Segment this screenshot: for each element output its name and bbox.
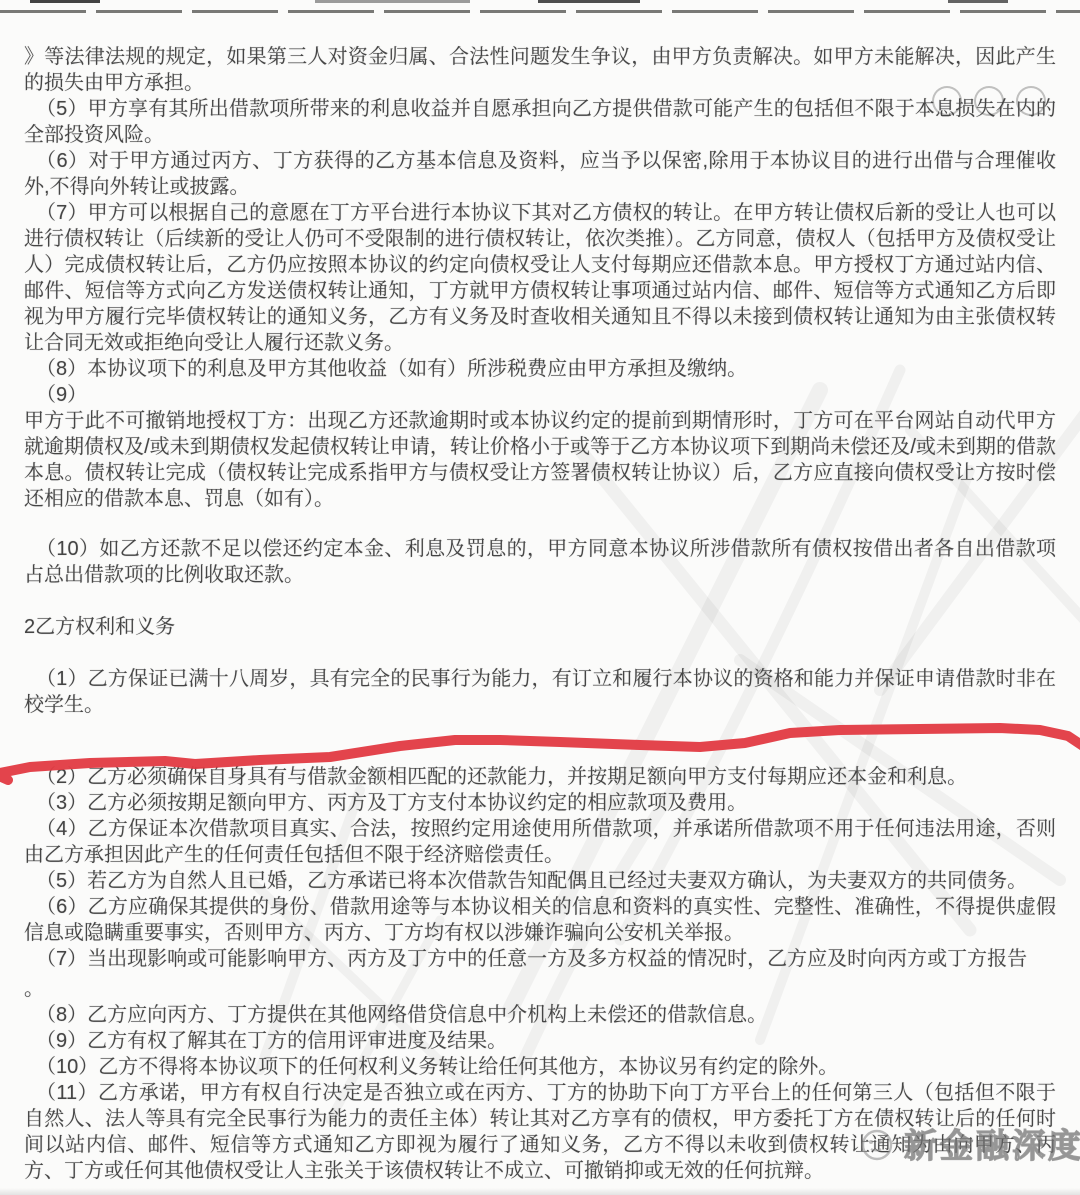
clause-a8: （8）本协议项下的利息及甲方其他收益（如有）所涉税费应由甲方承担及缴纳。 xyxy=(24,356,1056,382)
clause-b11: （11）乙方承诺，甲方有权自行决定是否独立或在丙方、丁方的协助下向丁方平台上的任… xyxy=(24,1080,1056,1184)
clause-a5: （5）甲方享有其所出借款项所带来的利息收益并自愿承担向乙方提供借款可能产生的包括… xyxy=(24,96,1056,148)
clause-b2: （2）乙方必须确保自身具有与借款金额相匹配的还款能力，并按期足额向甲方支付每期应… xyxy=(24,764,1056,790)
clause-b7: （7）当出现影响或可能影响甲方、丙方及丁方中的任意一方及多方权益的情况时，乙方应… xyxy=(24,946,1056,972)
clause-b9: （9）乙方有权了解其在丁方的信用评审进度及结果。 xyxy=(24,1028,1056,1054)
clause-a7: （7）甲方可以根据自己的意愿在丁方平台进行本协议下其对乙方债权的转让。在甲方转让… xyxy=(24,200,1056,356)
document-photo-page: 》等法律法规的规定，如果第三人对资金归属、合法性问题发生争议，由甲方负责解决。如… xyxy=(0,0,1080,1195)
clause-a9-label: （9） xyxy=(24,382,1056,408)
clause-b5: （5）若乙方为自然人且已婚，乙方承诺已将本次借款告知配偶且已经过夫妻双方确认，为… xyxy=(24,868,1056,894)
intro-paragraph: 》等法律法规的规定，如果第三人对资金归属、合法性问题发生争议，由甲方负责解决。如… xyxy=(24,44,1056,96)
clause-b4: （4）乙方保证本次借款项目真实、合法，按照约定用途使用所借款项，并承诺所借款项不… xyxy=(24,816,1056,868)
clause-b3: （3）乙方必须按期足额向甲方、丙方及丁方支付本协议约定的相应款项及费用。 xyxy=(24,790,1056,816)
section2-heading: 2乙方权利和义务 xyxy=(24,614,1056,640)
clause-b8: （8）乙方应向丙方、丁方提供在其他网络借贷信息中介机构上未偿还的借款信息。 xyxy=(24,1002,1056,1028)
clause-b1: （1）乙方保证已满十八周岁，具有完全的民事行为能力，有订立和履行本协议的资格和能… xyxy=(24,666,1056,718)
contract-text-body: 》等法律法规的规定，如果第三人对资金归属、合法性问题发生争议，由甲方负责解决。如… xyxy=(0,0,1080,1184)
clause-a6: （6）对于甲方通过丙方、丁方获得的乙方基本信息及资料，应当予以保密,除用于本协议… xyxy=(24,148,1056,200)
clause-b10: （10）乙方不得将本协议项下的任何权利义务转让给任何其他方，本协议另有约定的除外… xyxy=(24,1054,1056,1080)
clause-a10: （10）如乙方还款不足以偿还约定本金、利息及罚息的，甲方同意本协议所涉借款所有债… xyxy=(24,536,1056,588)
clause-a9-body: 甲方于此不可撤销地授权丁方：出现乙方还款逾期时或本协议约定的提前到期情形时，丁方… xyxy=(24,408,1056,512)
clause-b6: （6）乙方应确保其提供的身份、借款用途等与本协议相关的信息和资料的真实性、完整性… xyxy=(24,894,1056,946)
bottom-edge-fade xyxy=(0,1188,1080,1195)
orphan-period: 。 xyxy=(24,976,1056,1002)
